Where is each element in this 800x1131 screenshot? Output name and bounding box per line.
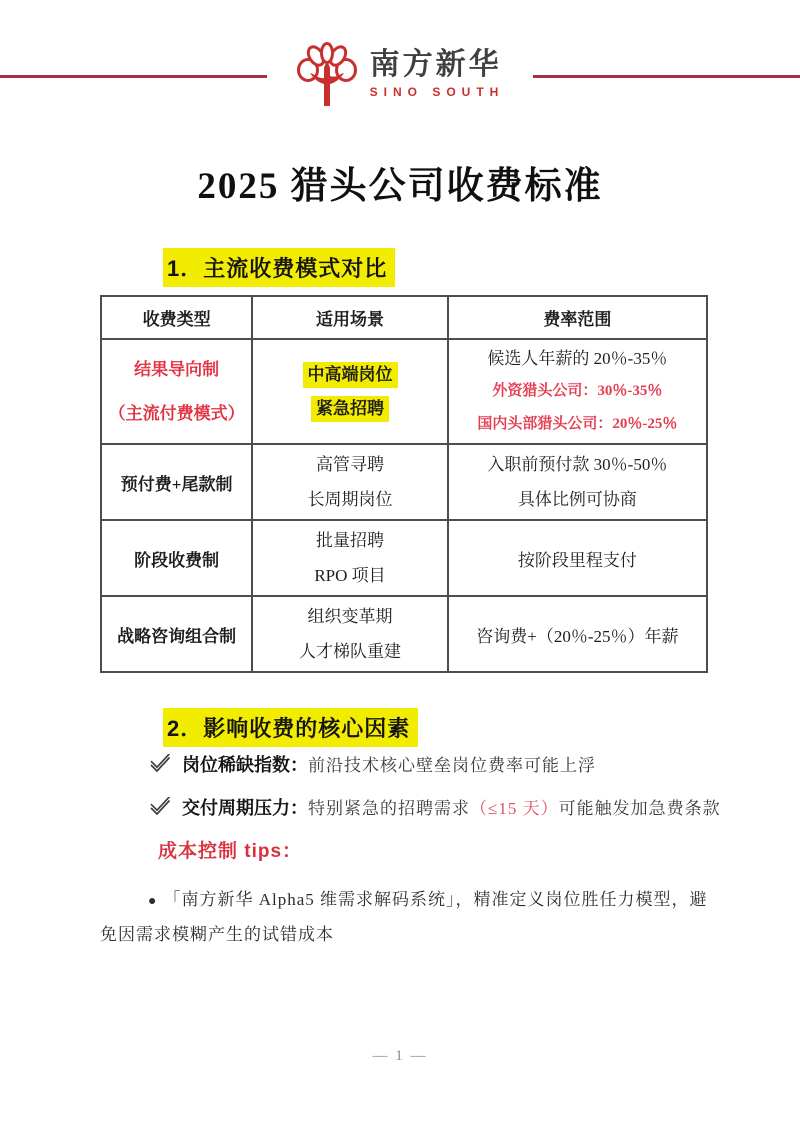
rate-line-red: 外资猎头公司：30％-35％	[492, 375, 662, 408]
fee-type-cell: 结果导向制 （主流付费模式）	[101, 339, 252, 444]
col-header-fee-type: 收费类型	[101, 296, 252, 339]
double-check-icon	[148, 797, 172, 817]
table-row: 战略咨询组合制 组织变革期 人才梯队重建 咨询费+（20％-25％）年薪	[101, 596, 707, 672]
scenario-cell: 组织变革期 人才梯队重建	[252, 596, 448, 672]
rate-line: 咨询费+（20％-25％）年薪	[476, 627, 678, 646]
brand-name-en: SINO SOUTH	[370, 85, 505, 99]
factor-bullet-scarcity: 岗位稀缺指数：前沿技术核心壁垒岗位费率可能上浮	[148, 751, 728, 777]
document-page: 南方新华 SINO SOUTH 2025 猎头公司收费标准 1．主流收费模式对比…	[0, 0, 800, 1131]
rate-line: 入职前预付款 30％-50％	[487, 447, 667, 482]
fee-type-cell: 阶段收费制	[101, 520, 252, 596]
fee-type-line: 结果导向制	[134, 348, 219, 392]
scenario-line: 批量招聘	[316, 523, 384, 558]
scenario-cell: 高管寻聘 长周期岗位	[252, 444, 448, 520]
bullet-label: 交付周期压力：	[182, 798, 308, 818]
brand-text: 南方新华 SINO SOUTH	[370, 49, 505, 99]
rate-cell: 入职前预付款 30％-50％ 具体比例可协商	[448, 444, 707, 520]
fee-type-cell: 战略咨询组合制	[101, 596, 252, 672]
scenario-line-highlighted: 中高端岗位	[303, 362, 398, 388]
rate-cell: 按阶段里程支付	[448, 520, 707, 596]
scenario-line: RPO 项目	[314, 558, 385, 593]
brand-name-cn: 南方新华	[370, 49, 502, 81]
rate-cell: 咨询费+（20％-25％）年薪	[448, 596, 707, 672]
rate-line: 候选人年薪的 20％-35％	[487, 342, 667, 375]
tips-text: 「南方新华 Alpha5 维需求解码系统」，精准定义岗位胜任力模型，避免因需求模…	[100, 890, 708, 944]
col-header-rate-range: 费率范围	[448, 296, 707, 339]
double-check-icon	[148, 754, 172, 774]
bullet-rest: 可能触发加急费条款	[559, 799, 721, 818]
bullet-text: 岗位稀缺指数：前沿技术核心壁垒岗位费率可能上浮	[182, 751, 596, 777]
page-title: 2025 猎头公司收费标准	[0, 155, 800, 209]
scenario-cell: 中高端岗位 紧急招聘	[252, 339, 448, 444]
scenario-line-highlighted: 紧急招聘	[311, 396, 389, 422]
fee-type-line: （主流付费模式）	[109, 392, 245, 436]
bullet-text: 交付周期压力：特别紧急的招聘需求（≤15 天）可能触发加急费条款	[182, 794, 721, 820]
section2-heading: 2．影响收费的核心因素	[163, 708, 418, 747]
company-logo: 南方新华 SINO SOUTH	[0, 32, 800, 116]
fee-type-cell: 预付费+尾款制	[101, 444, 252, 520]
table-row: 阶段收费制 批量招聘 RPO 项目 按阶段里程支付	[101, 520, 707, 596]
tree-logo-icon	[296, 40, 358, 108]
bullet-rest: 特别紧急的招聘需求	[308, 799, 470, 818]
bullet-rest-red: （≤15 天）	[470, 799, 559, 818]
fee-table: 收费类型 适用场景 费率范围 结果导向制 （主流付费模式） 中高端岗位 紧急招聘…	[100, 295, 708, 673]
scenario-line: 高管寻聘	[316, 447, 384, 482]
rate-line: 具体比例可协商	[518, 482, 637, 517]
rate-line: 按阶段里程支付	[518, 551, 637, 570]
table-row: 预付费+尾款制 高管寻聘 长周期岗位 入职前预付款 30％-50％ 具体比例可协…	[101, 444, 707, 520]
cost-control-tips-label: 成本控制 tips：	[158, 836, 302, 863]
tips-paragraph: ●「南方新华 Alpha5 维需求解码系统」，精准定义岗位胜任力模型，避免因需求…	[100, 883, 715, 951]
scenario-line: 长周期岗位	[308, 482, 393, 517]
section1-heading: 1．主流收费模式对比	[163, 248, 395, 287]
scenario-cell: 批量招聘 RPO 项目	[252, 520, 448, 596]
bullet-dot: ●	[148, 894, 157, 909]
scenario-line: 组织变革期	[308, 599, 393, 634]
page-number: — 1 —	[0, 1048, 800, 1065]
scenario-line: 人才梯队重建	[299, 634, 401, 669]
rate-line-red: 国内头部猎头公司：20％-25％	[477, 408, 677, 441]
bullet-label: 岗位稀缺指数：	[182, 755, 308, 775]
table-row: 结果导向制 （主流付费模式） 中高端岗位 紧急招聘 候选人年薪的 20％-35％…	[101, 339, 707, 444]
col-header-scenario: 适用场景	[252, 296, 448, 339]
bullet-rest: 前沿技术核心壁垒岗位费率可能上浮	[308, 756, 596, 775]
table-header-row: 收费类型 适用场景 费率范围	[101, 296, 707, 339]
rate-cell: 候选人年薪的 20％-35％ 外资猎头公司：30％-35％ 国内头部猎头公司：2…	[448, 339, 707, 444]
factor-bullet-delivery: 交付周期压力：特别紧急的招聘需求（≤15 天）可能触发加急费条款	[148, 794, 728, 820]
